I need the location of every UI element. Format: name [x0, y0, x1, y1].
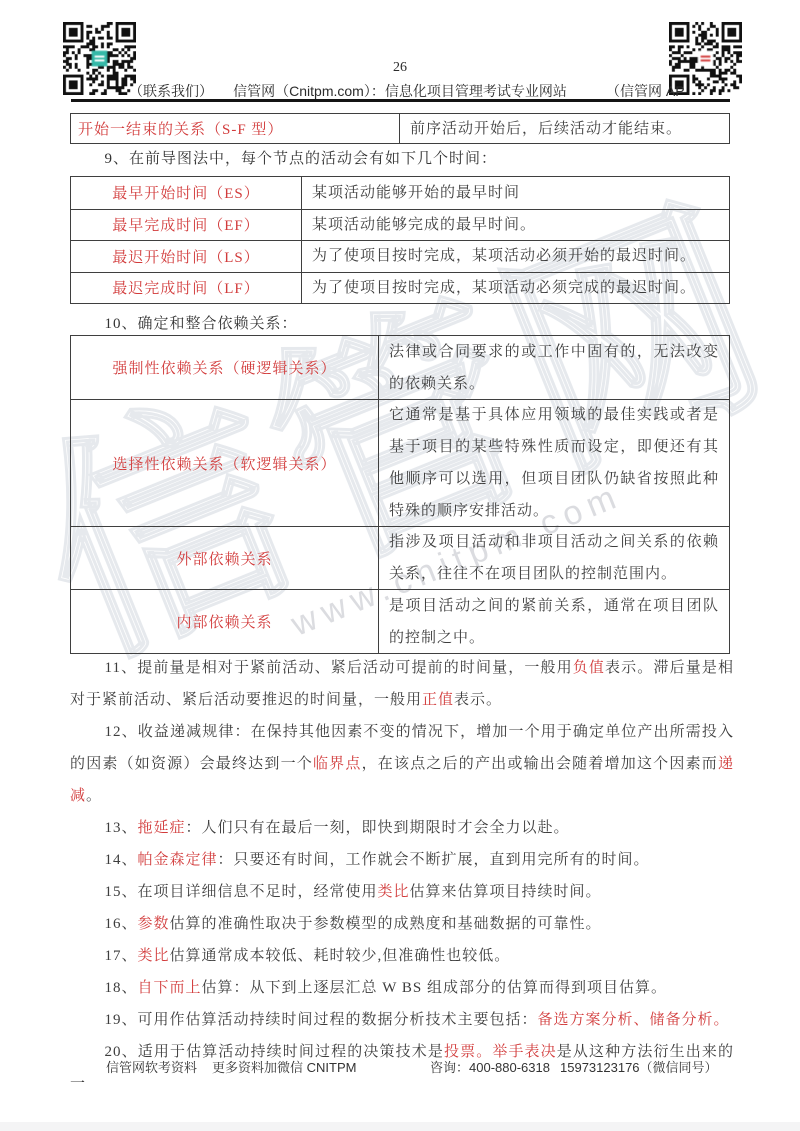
text-segment: ，在该点之后的产出或输出会随着增加这个因素而	[362, 756, 718, 772]
text-segment: 11、提前量是相对于紧前活动、紧后活动可提前的时间量，一般用	[105, 660, 573, 676]
header-app-caption: （信管网 AP	[606, 81, 685, 101]
table-desc-cell: 某项活动能够完成的最早时间。	[302, 210, 729, 241]
table-term-cell: 最迟完成时间（LF）	[71, 273, 302, 304]
footer-phone: 15973123176（微信同号）	[560, 1057, 718, 1076]
section-heading-9: 9、在前导图法中，每个节点的活动会有如下几个时间：	[70, 147, 732, 168]
highlight-red: 自下而上	[138, 980, 202, 996]
table-term-cell: 最早开始时间（ES）	[71, 177, 302, 209]
text-segment: 表示。	[454, 692, 502, 708]
footer-hotline: 咨询：400-880-6318	[430, 1057, 550, 1076]
table-term-cell: 强制性依赖关系（硬逻辑关系）	[71, 336, 379, 399]
text-segment: 18、	[105, 980, 138, 996]
table-row: 最早完成时间（EF） 某项活动能够完成的最早时间。	[71, 209, 729, 241]
table-row: 强制性依赖关系（硬逻辑关系） 法律或合同要求的或工作中固有的，无法改变的依赖关系…	[71, 336, 729, 399]
table-desc-cell: 指涉及项目活动和非项目活动之间关系的依赖关系，往往不在项目团队的控制范围内。	[379, 527, 729, 589]
paragraph-12: 12、收益递减规律：在保持其他因素不变的情况下，增加一个用于确定单位产出所需投入…	[70, 716, 734, 812]
paragraph-18: 18、自下而上估算：从下到上逐层汇总 W BS 组成部分的估算而得到项目估算。	[70, 972, 734, 1004]
footer-brand: 信管网软考资料	[106, 1057, 197, 1076]
highlight-red: 备选方案分析、储备分析。	[538, 1012, 730, 1028]
table-desc-cell: 某项活动能够开始的最早时间	[302, 177, 729, 209]
table-desc-cell: 前序活动开始后，后续活动才能结束。	[400, 114, 729, 143]
table-term-cell: 内部依赖关系	[71, 590, 379, 653]
text-segment: ：人们只有在最后一刻，即快到期限时才会全力以赴。	[186, 820, 570, 836]
section-heading-10: 10、确定和整合依赖关系：	[70, 312, 732, 333]
bottom-strip	[0, 1122, 800, 1131]
text-segment: 17、	[105, 948, 138, 964]
text-segment: 15、在项目详细信息不足时，经常使用	[105, 884, 378, 900]
highlight-red: 拖延症	[138, 820, 186, 836]
page-number: 26	[0, 60, 800, 76]
highlight-red: 参数	[138, 916, 170, 932]
paragraph-16: 16、参数估算的准确性取决于参数模型的成熟度和基础数据的可靠性。	[70, 908, 734, 940]
table-row: 内部依赖关系 是项目活动之间的紧前关系，通常在项目团队的控制之中。	[71, 589, 729, 653]
table-desc-cell: 它通常是基于具体应用领域的最佳实践或者是基于项目的某些特殊性质而设定，即便还有其…	[379, 400, 729, 526]
sf-relation-table: 开始一结束的关系（S-F 型） 前序活动开始后，后续活动才能结束。	[70, 113, 730, 144]
table-row: 最迟开始时间（LS） 为了使项目按时完成，某项活动必须开始的最迟时间。	[71, 240, 729, 272]
activity-times-table: 最早开始时间（ES） 某项活动能够开始的最早时间 最早完成时间（EF） 某项活动…	[70, 176, 730, 304]
table-desc-cell: 为了使项目按时完成，某项活动必须完成的最迟时间。	[302, 273, 729, 304]
table-row: 外部依赖关系 指涉及项目活动和非项目活动之间关系的依赖关系，往往不在项目团队的控…	[71, 526, 729, 589]
paragraph-17: 17、类比估算通常成本较低、耗时较少,但准确性也较低。	[70, 940, 734, 972]
notes-paragraphs: 11、提前量是相对于紧前活动、紧后活动可提前的时间量，一般用负值表示。滞后量是相…	[70, 652, 734, 1100]
paragraph-14: 14、帕金森定律：只要还有时间，工作就会不断扩展，直到用完所有的时间。	[70, 844, 734, 876]
document-page: 信管网 www.cnitpm.com 26 （联系我们） 信管网（Cnitpm.…	[0, 0, 800, 1131]
table-desc-cell: 是项目活动之间的紧前关系，通常在项目团队的控制之中。	[379, 590, 729, 653]
table-term-cell: 最早完成时间（EF）	[71, 210, 302, 241]
text-segment: ：只要还有时间，工作就会不断扩展，直到用完所有的时间。	[218, 852, 650, 868]
text-segment: 14、	[105, 852, 138, 868]
highlight-red: 类比	[378, 884, 410, 900]
paragraph-13: 13、拖延症：人们只有在最后一刻，即快到期限时才会全力以赴。	[70, 812, 734, 844]
table-term-cell: 外部依赖关系	[71, 527, 379, 589]
header-rule	[71, 99, 730, 102]
table-row: 最迟完成时间（LF） 为了使项目按时完成，某项活动必须完成的最迟时间。	[71, 272, 729, 304]
table-row: 选择性依赖关系（软逻辑关系） 它通常是基于具体应用领域的最佳实践或者是基于项目的…	[71, 399, 729, 526]
text-segment: 估算来估算项目持续时间。	[410, 884, 602, 900]
table-term-cell: 开始一结束的关系（S-F 型）	[71, 114, 400, 143]
footer-wechat: 更多资料加微信 CNITPM	[212, 1057, 356, 1076]
text-segment: 估算通常成本较低、耗时较少,但准确性也较低。	[170, 948, 511, 964]
highlight-red: 临界点	[313, 756, 362, 772]
table-row: 最早开始时间（ES） 某项活动能够开始的最早时间	[71, 177, 729, 209]
table-desc-cell: 为了使项目按时完成，某项活动必须开始的最迟时间。	[302, 241, 729, 272]
table-desc-cell: 法律或合同要求的或工作中固有的，无法改变的依赖关系。	[379, 336, 729, 399]
text-segment: 19、可用作估算活动持续时间过程的数据分析技术主要包括：	[105, 1012, 538, 1028]
text-segment: 估算：从下到上逐层汇总 W BS 组成部分的估算而得到项目估算。	[202, 980, 668, 996]
text-segment: 。	[86, 788, 102, 804]
text-segment: 估算的准确性取决于参数模型的成熟度和基础数据的可靠性。	[170, 916, 602, 932]
table-term-cell: 最迟开始时间（LS）	[71, 241, 302, 272]
table-term-cell: 选择性依赖关系（软逻辑关系）	[71, 400, 379, 526]
highlight-red: 帕金森定律	[138, 852, 218, 868]
table-row: 开始一结束的关系（S-F 型） 前序活动开始后，后续活动才能结束。	[71, 114, 729, 143]
dependency-table: 强制性依赖关系（硬逻辑关系） 法律或合同要求的或工作中固有的，无法改变的依赖关系…	[70, 335, 730, 654]
highlight-red: 类比	[138, 948, 170, 964]
paragraph-11: 11、提前量是相对于紧前活动、紧后活动可提前的时间量，一般用负值表示。滞后量是相…	[70, 652, 734, 716]
text-segment: 16、	[105, 916, 138, 932]
highlight-red: 正值	[422, 692, 454, 708]
paragraph-19: 19、可用作估算活动持续时间过程的数据分析技术主要包括：备选方案分析、储备分析。	[70, 1004, 734, 1036]
highlight-red: 负值	[573, 660, 605, 676]
text-segment: 13、	[105, 820, 138, 836]
paragraph-15: 15、在项目详细信息不足时，经常使用类比估算来估算项目持续时间。	[70, 876, 734, 908]
